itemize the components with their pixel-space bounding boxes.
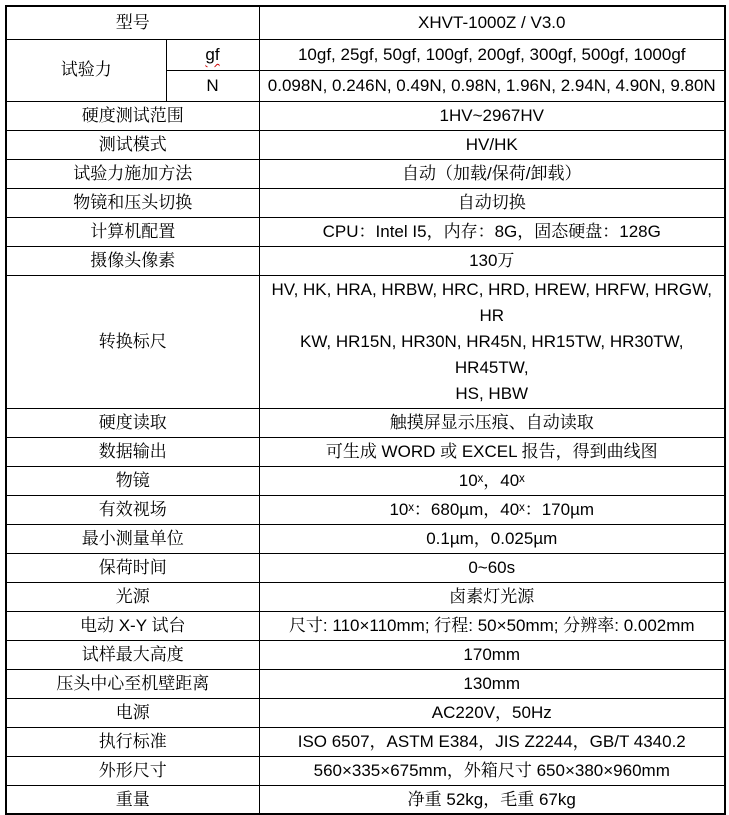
row-label: 执行标准	[6, 727, 259, 756]
unit-label-gf: gf	[166, 39, 259, 70]
table-row-conversion-scales: 转换标尺 HV, HK, HRA, HRBW, HRC, HRD, HREW, …	[6, 275, 725, 408]
row-label: 电动 X-Y 试台	[6, 611, 259, 640]
table-row: 电源 AC220V，50Hz	[6, 698, 725, 727]
table-row: 试验力施加方法 自动（加载/保荷/卸载）	[6, 159, 725, 188]
row-value: 560×335×675mm，外箱尺寸 650×380×960mm	[259, 756, 725, 785]
row-value: 卤素灯光源	[259, 582, 725, 611]
row-label: 电源	[6, 698, 259, 727]
table-row: 压头中心至机壁距离 130mm	[6, 669, 725, 698]
table-row: 试样最大高度 170mm	[6, 640, 725, 669]
row-value: 10gf, 25gf, 50gf, 100gf, 200gf, 300gf, 5…	[259, 39, 725, 70]
conversion-line-2: KW, HR15N, HR30N, HR45N, HR15TW, HR30TW,…	[264, 329, 721, 381]
table-row: 保荷时间 0~60s	[6, 553, 725, 582]
row-label: 最小测量单位	[6, 524, 259, 553]
row-value: 0~60s	[259, 553, 725, 582]
row-label: 硬度测试范围	[6, 101, 259, 130]
row-label: 试验力施加方法	[6, 159, 259, 188]
row-value: 10ˣ：680µm，40ˣ：170µm	[259, 495, 725, 524]
row-label: 外形尺寸	[6, 756, 259, 785]
table-row: 重量 净重 52kg，毛重 67kg	[6, 785, 725, 814]
row-value: 触摸屏显示压痕、自动读取	[259, 408, 725, 437]
row-label: 测试模式	[6, 130, 259, 159]
row-value: XHVT-1000Z / V3.0	[259, 6, 725, 39]
spec-table: 型号 XHVT-1000Z / V3.0 试验力 gf 10gf, 25gf, …	[5, 5, 726, 815]
row-value: AC220V，50Hz	[259, 698, 725, 727]
row-label: 摄像头像素	[6, 246, 259, 275]
row-value: 自动（加载/保荷/卸载）	[259, 159, 725, 188]
row-label: 型号	[6, 6, 259, 39]
row-label: 光源	[6, 582, 259, 611]
row-label: 试样最大高度	[6, 640, 259, 669]
row-value: 0.1µm，0.025µm	[259, 524, 725, 553]
row-label: 试验力	[6, 39, 166, 101]
row-label: 有效视场	[6, 495, 259, 524]
row-value: 170mm	[259, 640, 725, 669]
table-row: 计算机配置 CPU：Intel I5，内存：8G，固态硬盘：128G	[6, 217, 725, 246]
table-row-model: 型号 XHVT-1000Z / V3.0	[6, 6, 725, 39]
row-label: 压头中心至机壁距离	[6, 669, 259, 698]
row-value: 1HV~2967HV	[259, 101, 725, 130]
unit-label-n: N	[166, 70, 259, 101]
row-value: 130万	[259, 246, 725, 275]
row-value: 净重 52kg，毛重 67kg	[259, 785, 725, 814]
table-row: 最小测量单位 0.1µm，0.025µm	[6, 524, 725, 553]
table-row: 物镜 10ˣ，40ˣ	[6, 466, 725, 495]
row-value: HV/HK	[259, 130, 725, 159]
conversion-line-1: HV, HK, HRA, HRBW, HRC, HRD, HREW, HRFW,…	[264, 277, 721, 329]
conversion-line-3: HS, HBW	[264, 381, 721, 407]
row-label: 保荷时间	[6, 553, 259, 582]
row-label: 物镜和压头切换	[6, 188, 259, 217]
row-value: CPU：Intel I5，内存：8G，固态硬盘：128G	[259, 217, 725, 246]
table-row: 测试模式 HV/HK	[6, 130, 725, 159]
row-value: 130mm	[259, 669, 725, 698]
row-label: 数据输出	[6, 437, 259, 466]
row-value: 10ˣ，40ˣ	[259, 466, 725, 495]
table-row: 硬度测试范围 1HV~2967HV	[6, 101, 725, 130]
table-row: 电动 X-Y 试台 尺寸: 110×110mm; 行程: 50×50mm; 分辨…	[6, 611, 725, 640]
table-row: 有效视场 10ˣ：680µm，40ˣ：170µm	[6, 495, 725, 524]
row-value: 0.098N, 0.246N, 0.49N, 0.98N, 1.96N, 2.9…	[259, 70, 725, 101]
row-value: 自动切换	[259, 188, 725, 217]
table-row-test-force-gf: 试验力 gf 10gf, 25gf, 50gf, 100gf, 200gf, 3…	[6, 39, 725, 70]
row-label: 硬度读取	[6, 408, 259, 437]
row-value: HV, HK, HRA, HRBW, HRC, HRD, HREW, HRFW,…	[259, 275, 725, 408]
row-label: 转换标尺	[6, 275, 259, 408]
row-value: 可生成 WORD 或 EXCEL 报告，得到曲线图	[259, 437, 725, 466]
row-label: 计算机配置	[6, 217, 259, 246]
table-row: 光源 卤素灯光源	[6, 582, 725, 611]
table-row: 物镜和压头切换 自动切换	[6, 188, 725, 217]
row-value: ISO 6507，ASTM E384，JIS Z2244，GB/T 4340.2	[259, 727, 725, 756]
table-row: 执行标准 ISO 6507，ASTM E384，JIS Z2244，GB/T 4…	[6, 727, 725, 756]
table-row: 硬度读取 触摸屏显示压痕、自动读取	[6, 408, 725, 437]
table-row: 摄像头像素 130万	[6, 246, 725, 275]
row-label: 重量	[6, 785, 259, 814]
spellchecked-text: gf	[205, 45, 219, 64]
table-row: 数据输出 可生成 WORD 或 EXCEL 报告，得到曲线图	[6, 437, 725, 466]
row-value: 尺寸: 110×110mm; 行程: 50×50mm; 分辨率: 0.002mm	[259, 611, 725, 640]
row-label: 物镜	[6, 466, 259, 495]
